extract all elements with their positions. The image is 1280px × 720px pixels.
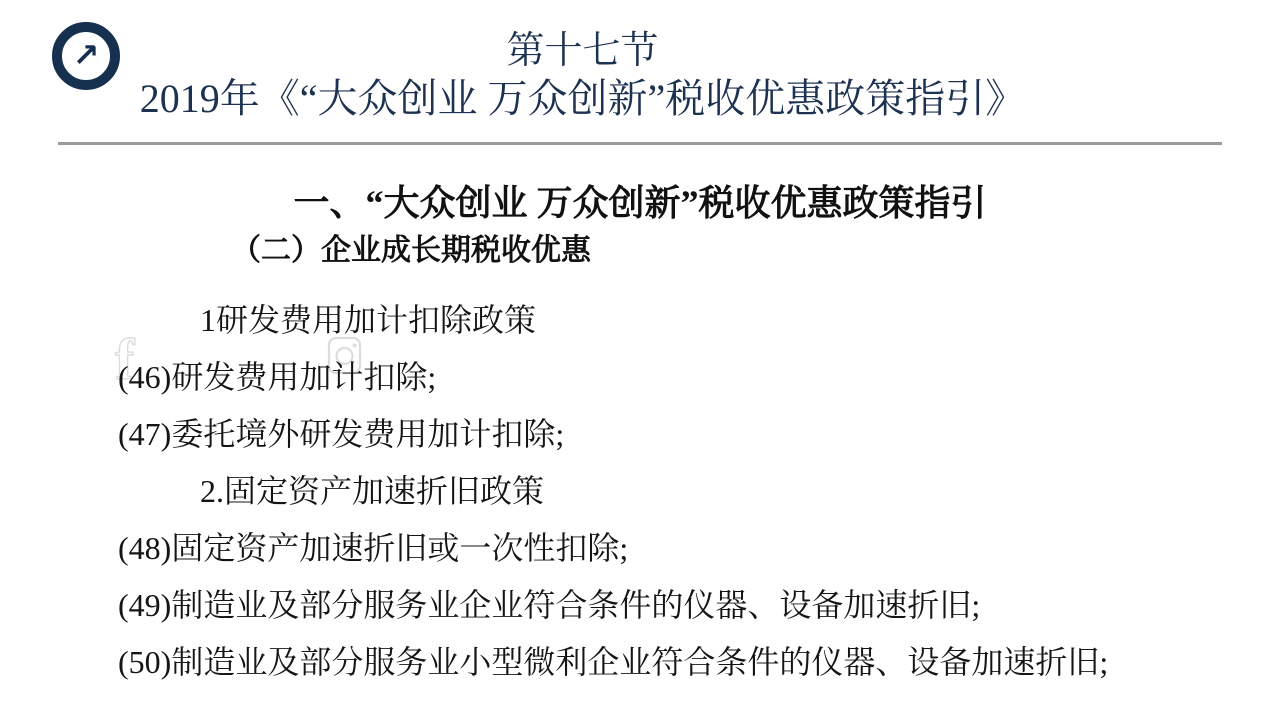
main-heading: 一、“大众创业 万众创新”税收优惠政策指引	[10, 181, 1270, 225]
policy-item: (46)研发费用加计扣除;	[118, 359, 1238, 395]
policy-group-title: 2.固定资产加速折旧政策	[118, 473, 1238, 509]
sub-heading: （二）企业成长期税收优惠	[231, 233, 591, 269]
section-title: 第十七节	[0, 28, 1165, 74]
slide-canvas: f ↗ 第十七节 2019年《“大众创业 万众创新”税收优惠政策指引》 一、“大…	[0, 0, 1280, 720]
policy-item: (47)委托境外研发费用加计扣除;	[118, 416, 1238, 452]
policy-item: (48)固定资产加速折旧或一次性扣除;	[118, 530, 1238, 566]
policy-item: (50)制造业及部分服务业小型微利企业符合条件的仪器、设备加速折旧;	[118, 644, 1238, 680]
policy-item: (49)制造业及部分服务业企业符合条件的仪器、设备加速折旧;	[118, 587, 1238, 623]
slide-header: 第十七节 2019年《“大众创业 万众创新”税收优惠政策指引》	[0, 28, 1165, 122]
document-title: 2019年《“大众创业 万众创新”税收优惠政策指引》	[0, 76, 1165, 122]
header-divider	[58, 142, 1222, 145]
policy-list: 1研发费用加计扣除政策 (46)研发费用加计扣除; (47)委托境外研发费用加计…	[118, 302, 1238, 701]
policy-group-title: 1研发费用加计扣除政策	[118, 302, 1238, 338]
